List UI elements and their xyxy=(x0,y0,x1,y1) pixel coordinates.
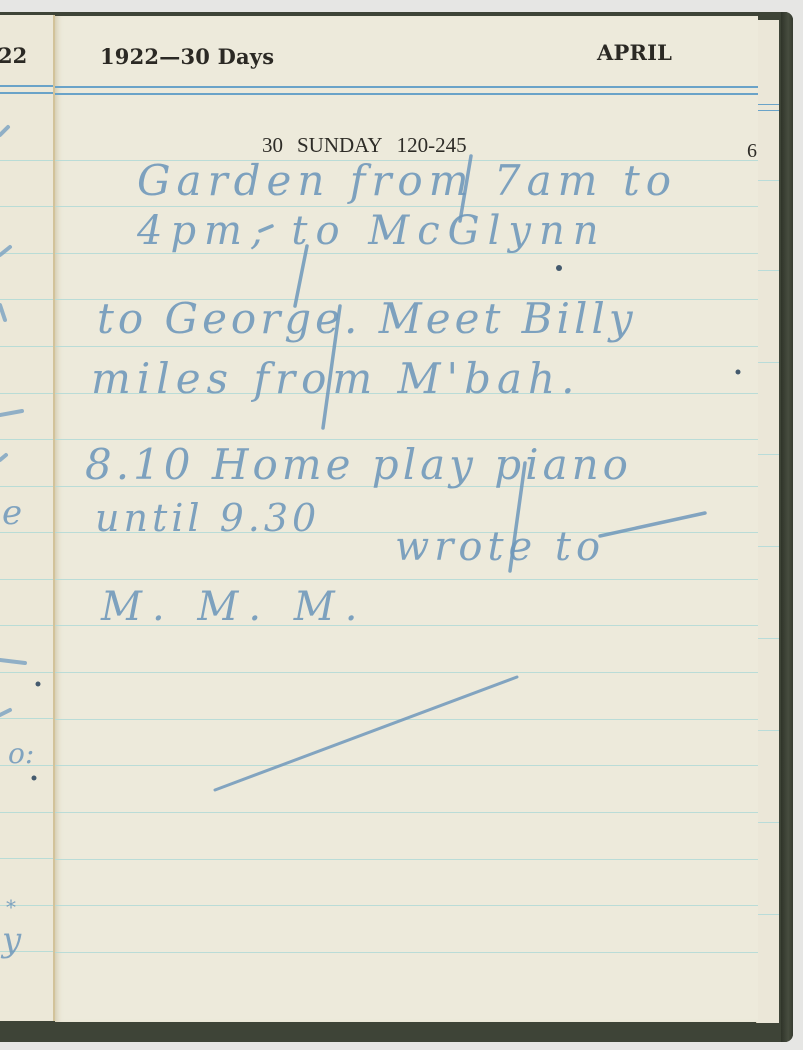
ink-strokes xyxy=(55,16,758,1022)
page-stack-edge xyxy=(756,20,779,1023)
left-page-ink-strokes xyxy=(0,15,53,1021)
diary-page-april-30: 1922—30 Days APRIL 30SUNDAY120-245 6 Gar… xyxy=(55,16,758,1022)
left-page: 22 e o: * y xyxy=(0,15,55,1021)
